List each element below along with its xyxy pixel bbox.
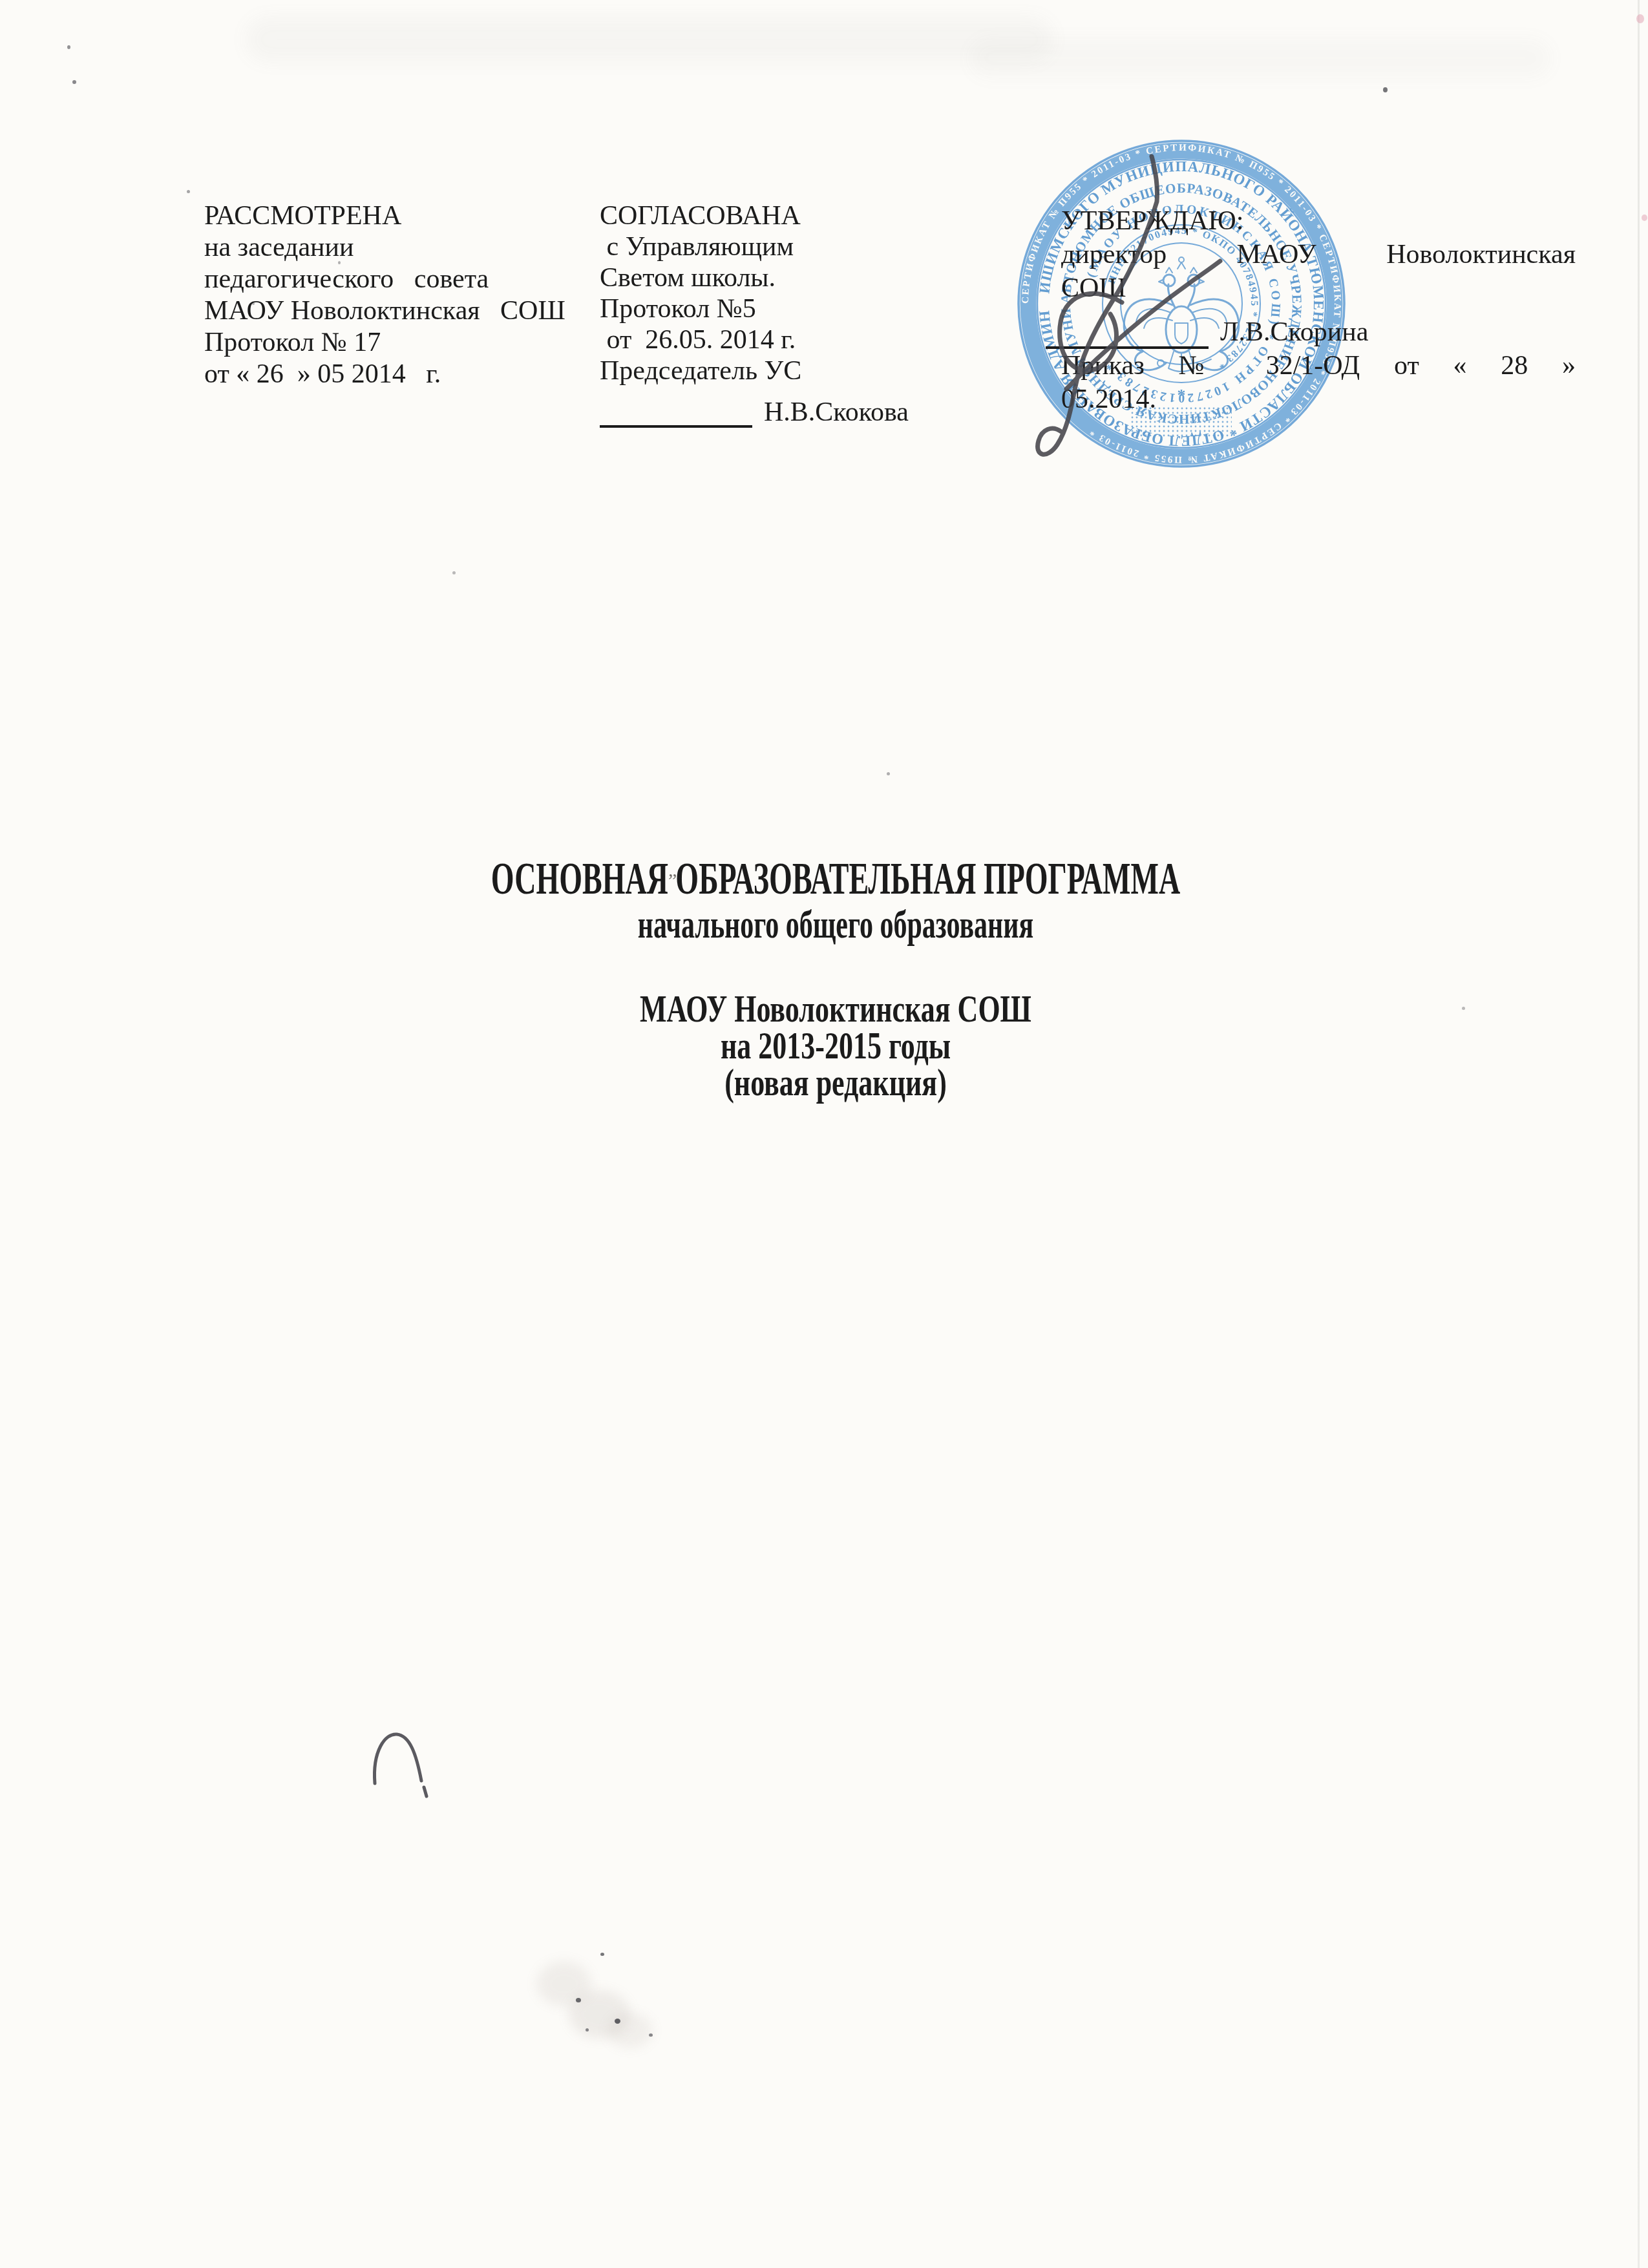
scan-speck-pink [1636,14,1644,23]
scan-speck [887,772,890,775]
scan-speck [586,2028,589,2032]
reviewed-line: РАССМОТРЕНА [204,200,592,232]
scan-speck [187,190,190,193]
scan-noise-band [969,39,1551,78]
scan-fold-line [1638,0,1640,2268]
scanned-document-page: СЕРТИФИКАТ № П955 * 2011-03 * СЕРТИФИКАТ… [0,0,1648,2268]
agreed-line: Протокол №5 [600,293,949,324]
agreed-line: Светом школы. [600,262,949,293]
program-subtitle: начального общего образования [23,911,1648,956]
reviewed-line: Протокол № 17 [204,327,592,359]
agreed-signatory-name: Н.В.Скокова [764,397,909,428]
scan-speck [1383,87,1388,92]
signature-blank-line [600,399,752,428]
agreed-line: Председатель УС [600,355,949,386]
agreed-line: от 26.05. 2014 г. [600,324,949,355]
reviewed-line: педагогического совета [204,264,592,295]
scan-speck [452,571,456,574]
agreed-line: СОГЛАСОВАНА [600,200,949,231]
scan-speck [67,45,70,49]
title-block: ОСНОВНАЯ ОБРАЗОВАТЕЛЬНАЯ ПРОГРАММА начал… [0,863,1648,1104]
director-pen-signature [1008,129,1280,478]
agreed-column: СОГЛАСОВАНА с Управляющим Светом школы. … [600,200,949,428]
reviewed-line: на заседании [204,232,592,264]
reviewed-line: МАОУ Новолоктинская СОШ [204,295,592,327]
agreed-line: с Управляющим [600,231,949,262]
agreed-signature-row: Н.В.Скокова [600,397,949,428]
scan-speck [72,80,76,84]
stray-pen-mark [359,1721,450,1812]
scan-smudge [607,2013,653,2048]
scan-speck-pink [1642,215,1647,221]
reviewed-line: от « 26 » 05 2014 г. [204,359,592,390]
scan-quote-artifact: ” [668,870,677,892]
scan-speck [615,2019,620,2024]
scan-speck [649,2033,653,2037]
scan-noise-band [246,17,1053,62]
program-edition: (новая редакция) [23,1067,1648,1104]
scan-speck [600,1953,604,1956]
reviewed-column: РАССМОТРЕНА на заседании педагогического… [204,200,592,390]
scan-speck [576,1998,581,2002]
